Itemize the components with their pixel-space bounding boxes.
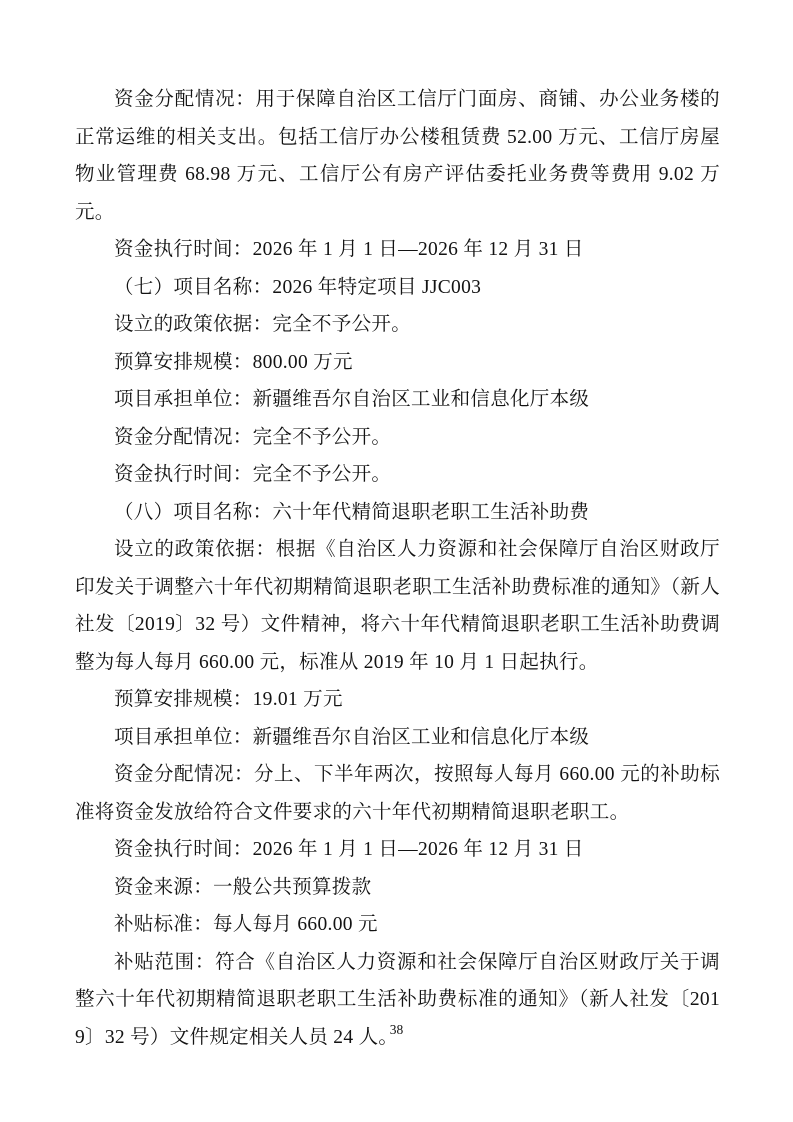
paragraph: 预算安排规模：800.00 万元 xyxy=(75,344,720,382)
paragraph: 资金执行时间：2026 年 1 月 1 日—2026 年 12 月 31 日 xyxy=(75,831,720,869)
paragraph: 资金执行时间：2026 年 1 月 1 日—2026 年 12 月 31 日 xyxy=(75,231,720,269)
paragraph: 设立的政策依据：完全不予公开。 xyxy=(75,306,720,344)
paragraph: （八）项目名称：六十年代精简退职老职工生活补助费 xyxy=(75,494,720,532)
paragraph: 资金分配情况：用于保障自治区工信厅门面房、商铺、办公业务楼的正常运维的相关支出。… xyxy=(75,81,720,231)
paragraph: 资金分配情况：分上、下半年两次，按照每人每月 660.00 元的补助标准将资金发… xyxy=(75,756,720,831)
paragraph: 项目承担单位：新疆维吾尔自治区工业和信息化厅本级 xyxy=(75,381,720,419)
page-footer: 38 xyxy=(0,1021,793,1039)
paragraph: 补贴范围：符合《自治区人力资源和社会保障厅自治区财政厅关于调整六十年代初期精简退… xyxy=(75,944,720,1057)
paragraph: 项目承担单位：新疆维吾尔自治区工业和信息化厅本级 xyxy=(75,719,720,757)
paragraph: （七）项目名称：2026 年特定项目 JJC003 xyxy=(75,269,720,307)
paragraph: 资金分配情况：完全不予公开。 xyxy=(75,419,720,457)
document-page: 资金分配情况：用于保障自治区工信厅门面房、商铺、办公业务楼的正常运维的相关支出。… xyxy=(0,0,793,1122)
page-number: 38 xyxy=(390,1022,404,1037)
paragraph: 设立的政策依据：根据《自治区人力资源和社会保障厅自治区财政厅印发关于调整六十年代… xyxy=(75,531,720,681)
paragraph: 资金来源：一般公共预算拨款 xyxy=(75,869,720,907)
document-body: 资金分配情况：用于保障自治区工信厅门面房、商铺、办公业务楼的正常运维的相关支出。… xyxy=(75,81,720,1056)
paragraph: 预算安排规模：19.01 万元 xyxy=(75,681,720,719)
paragraph: 补贴标准：每人每月 660.00 元 xyxy=(75,906,720,944)
paragraph: 资金执行时间：完全不予公开。 xyxy=(75,456,720,494)
